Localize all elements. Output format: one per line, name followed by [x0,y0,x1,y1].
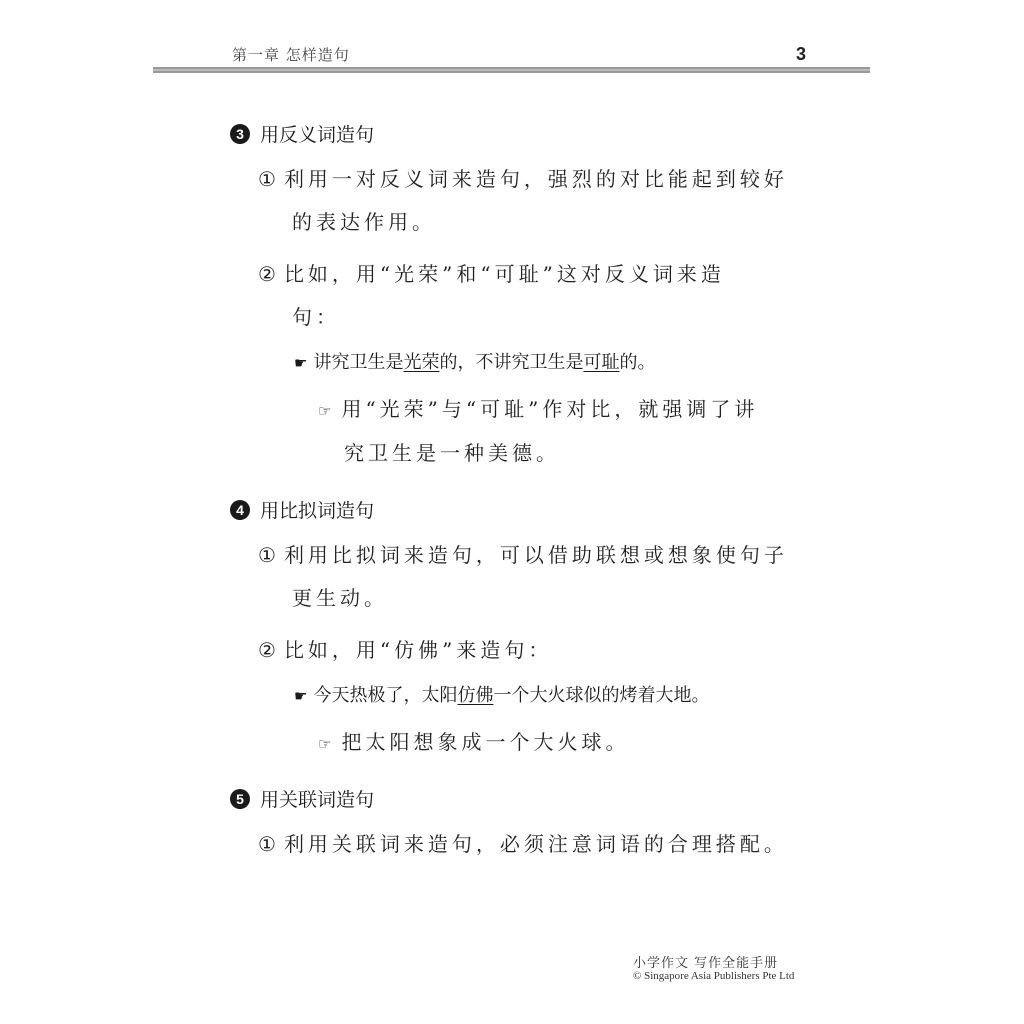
point-line: 句： [292,301,340,330]
example-sentence: ☛今天热极了，太阳仿佛一个大火球似的烤着大地。 [294,681,709,707]
point-line: ①利用关联词来造句，必须注意词语的合理搭配。 [258,828,788,857]
underlined-word: 仿佛 [457,685,493,706]
section-title: 用反义词造句 [260,120,374,147]
underlined-word: 可耻 [583,352,619,373]
point-line: ②比如，用“光荣”和“可耻”这对反义词来造 [258,258,725,287]
outline-hand-icon: ☞ [318,402,335,420]
page-number: 3 [796,44,806,65]
outline-hand-icon: ☞ [318,735,335,753]
header-divider [153,67,870,73]
point-line: ②比如，用“仿佛”来造句： [258,634,552,663]
section-number-badge: 5 [230,789,250,809]
point-line: 的表达作用。 [292,206,436,235]
book-title: 小学作文 写作全能手册 [633,952,778,971]
section-number-badge: 4 [230,500,250,520]
chapter-title: 第一章 怎样造句 [232,44,350,65]
point-line: ①利用比拟词来造句，可以借助联想或想象使句子 [258,539,788,568]
point-line: ①利用一对反义词来造句，强烈的对比能起到较好 [258,163,788,192]
note-line: ☞用“光荣”与“可耻”作对比，就强调了讲 [318,393,758,422]
example-sentence: ☛讲究卫生是光荣的，不讲究卫生是可耻的。 [294,348,655,374]
copyright-notice: © Singapore Asia Publishers Pte Ltd [633,970,794,982]
section-number-badge: 3 [230,124,250,144]
section-heading-4: 4 用比拟词造句 [230,496,374,523]
section-title: 用关联词造句 [260,785,374,812]
point-line: 更生动。 [292,582,388,611]
section-title: 用比拟词造句 [260,496,374,523]
pointing-hand-icon: ☛ [294,354,307,372]
section-heading-3: 3 用反义词造句 [230,120,374,147]
underlined-word: 光荣 [403,352,439,373]
note-line: ☞把太阳想象成一个大火球。 [318,726,629,755]
pointing-hand-icon: ☛ [294,687,307,705]
section-heading-5: 5 用关联词造句 [230,785,374,812]
note-line: 究卫生是一种美德。 [344,437,560,466]
